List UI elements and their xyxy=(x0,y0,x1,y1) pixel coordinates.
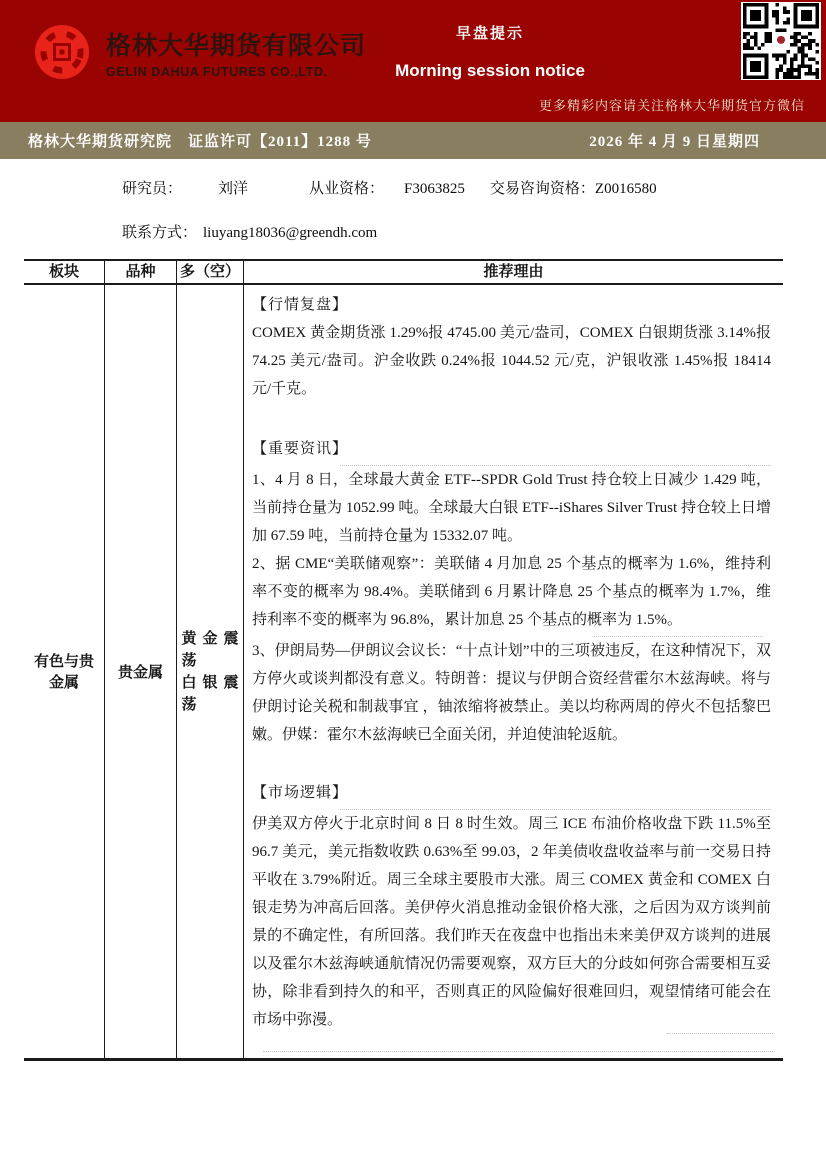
contact-info-line: 联系方式：liuyang18036@greendh.com xyxy=(122,221,377,242)
wechat-note: 更多精彩内容请关注格林大华期货官方微信 xyxy=(539,95,805,114)
contact-email: liuyang18036@greendh.com xyxy=(203,225,377,241)
reason-paragraph: 伊美双方停火于北京时间 8 日 8 时生效。周三 ICE 布油价格收盘下跌 11… xyxy=(252,810,771,1034)
reason-paragraph: 1、4 月 8 日，全球最大黄金 ETF--SPDR Gold Trust 持仓… xyxy=(252,466,771,550)
company-logo: 格林大华期货有限公司 GELIN DAHUA FUTURES CO.,LTD. xyxy=(33,22,366,82)
variety-cell: 贵金属 xyxy=(104,285,176,1058)
notice-title-block: 早盘提示 Morning session notice xyxy=(360,22,620,81)
header-reason: 推荐理由 xyxy=(243,261,783,285)
reason-cell: 【行情复盘】 COMEX 黄金期货涨 1.29%报 4745.00 美元/盎司，… xyxy=(243,285,783,1058)
notice-title-cn: 早盘提示 xyxy=(360,22,620,43)
section-title-market-logic: 【市场逻辑】 xyxy=(252,779,771,807)
company-name-cn: 格林大华期货有限公司 xyxy=(106,26,366,62)
dotted-separator xyxy=(263,1051,773,1052)
researcher-label: 研究员： xyxy=(122,181,182,197)
research-institute-license: 格林大华期货研究院 证监许可【2011】1288 号 xyxy=(28,130,372,151)
header-position: 多（空） xyxy=(176,261,243,285)
reason-paragraph: 3、伊朗局势—伊朗议会议长：“十点计划”中的三项被违反，在这种情况下，双方停火或… xyxy=(252,637,771,749)
dotted-separator xyxy=(667,1033,773,1034)
company-name-en: GELIN DAHUA FUTURES CO.,LTD. xyxy=(106,65,366,79)
wechat-qr-code xyxy=(741,2,821,80)
reason-paragraph: 2、据 CME“美联储观察”：美联储 4 月加息 25 个基点的概率为 1.6%… xyxy=(252,550,771,634)
position-cell: 黄金震荡 白银震荡 xyxy=(176,285,243,1058)
researcher-name: 刘洋 xyxy=(218,181,248,197)
section-title-market-review: 【行情复盘】 xyxy=(252,291,771,319)
contact-label: 联系方式： xyxy=(122,225,197,241)
practice-label: 从业资格： xyxy=(309,181,384,197)
practice-number: F3063825 xyxy=(404,181,465,197)
researcher-info-line: 研究员：刘洋从业资格：F3063825交易咨询资格：Z0016580 xyxy=(122,177,657,198)
sector-value: 有色与贵金属 xyxy=(31,651,97,693)
section-title-key-news: 【重要资讯】 xyxy=(252,435,771,463)
sector-cell: 有色与贵金属 xyxy=(24,285,104,1058)
company-logo-icon xyxy=(33,22,91,82)
advisory-number: Z0016580 xyxy=(595,181,657,197)
license-bar: 格林大华期货研究院 证监许可【2011】1288 号 2026 年 4 月 9 … xyxy=(0,122,826,159)
advisory-label: 交易咨询资格： xyxy=(490,181,595,197)
position-silver: 白银震荡 xyxy=(182,672,239,716)
header-sector: 板块 xyxy=(24,261,104,285)
report-date: 2026 年 4 月 9 日星期四 xyxy=(589,130,760,151)
masthead: 格林大华期货有限公司 GELIN DAHUA FUTURES CO.,LTD. … xyxy=(0,0,826,122)
recommendation-table: 板块 品种 多（空） 推荐理由 有色与贵金属 贵金属 黄金震荡 白银震荡 【行情… xyxy=(24,259,783,1061)
notice-title-en: Morning session notice xyxy=(360,61,620,81)
morning-notice-document: 格林大华期货有限公司 GELIN DAHUA FUTURES CO.,LTD. … xyxy=(0,0,826,1169)
position-gold: 黄金震荡 xyxy=(182,628,239,672)
header-variety: 品种 xyxy=(104,261,176,285)
variety-value: 贵金属 xyxy=(118,661,163,682)
reason-paragraph: COMEX 黄金期货涨 1.29%报 4745.00 美元/盎司，COMEX 白… xyxy=(252,319,771,403)
